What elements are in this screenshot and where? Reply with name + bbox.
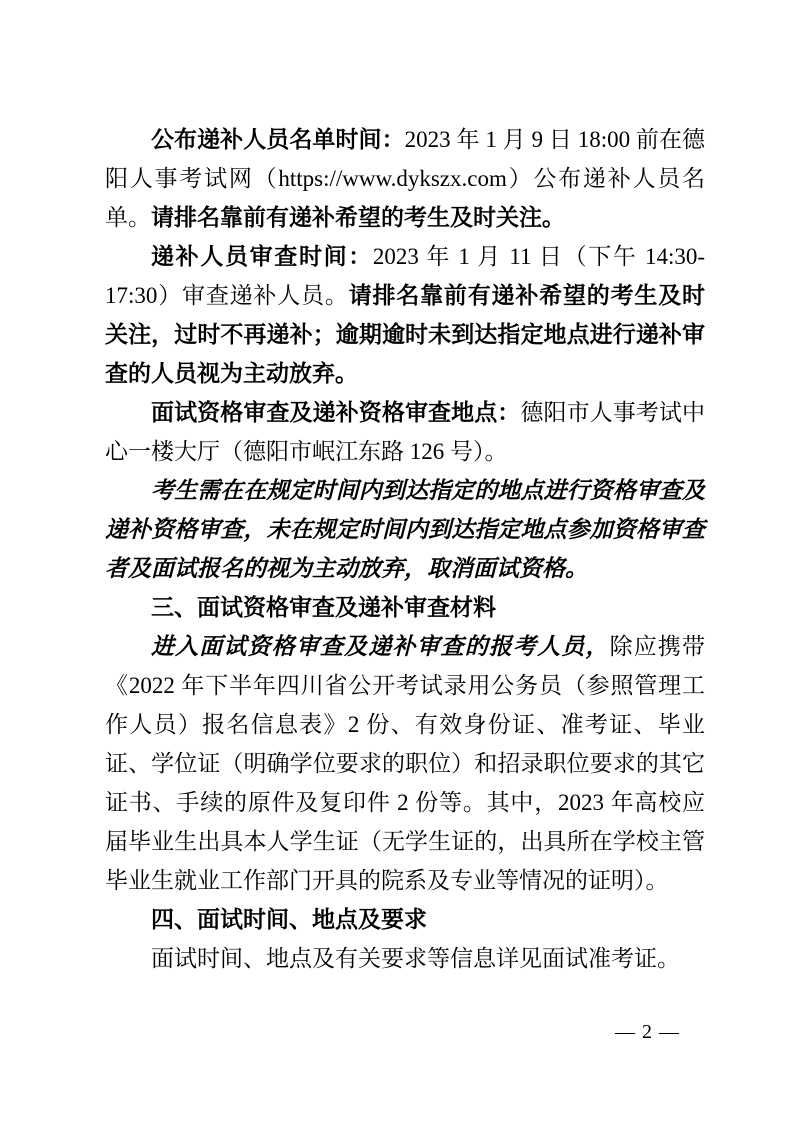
section-heading-text: 三、面试资格审查及递补审查材料 bbox=[151, 594, 496, 620]
paragraph-lead-label: 公布递补人员名单时间： bbox=[151, 126, 405, 152]
paragraph-lead-label: 递补人员审查时间： bbox=[151, 243, 373, 269]
section-heading-text: 四、面试时间、地点及要求 bbox=[151, 906, 427, 932]
paragraph-materials-required: 进入面试资格审查及递补审查的报考人员，除应携带《2022 年下半年四川省公开考试… bbox=[105, 627, 705, 900]
paragraph-interview-info: 面试时间、地点及有关要求等信息详见面试准考证。 bbox=[105, 939, 705, 978]
section-heading-3: 三、面试资格审查及递补审查材料 bbox=[105, 588, 705, 627]
section-heading-4: 四、面试时间、地点及要求 bbox=[105, 900, 705, 939]
document-body: 公布递补人员名单时间：2023 年 1 月 9 日 18:00 前在德阳人事考试… bbox=[105, 120, 705, 978]
paragraph-emphasis: 进入面试资格审查及递补审查的报考人员， bbox=[151, 634, 610, 659]
paragraph-text: 除应携带《2022 年下半年四川省公开考试录用公务员（参照管理工作人员）报名信息… bbox=[105, 634, 705, 893]
paragraph-attendance-warning: 考生需在在规定时间内到达指定的地点进行资格审查及递补资格审查，未在规定时间内到达… bbox=[105, 471, 705, 588]
document-page: 公布递补人员名单时间：2023 年 1 月 9 日 18:00 前在德阳人事考试… bbox=[0, 0, 793, 1122]
paragraph-text: 面试时间、地点及有关要求等信息详见面试准考证。 bbox=[151, 946, 680, 971]
paragraph-emphasis: 请排名靠前有递补希望的考生及时关注。 bbox=[151, 205, 565, 230]
paragraph-review-location: 面试资格审查及递补资格审查地点：德阳市人事考试中心一楼大厅（德阳市岷江东路 12… bbox=[105, 393, 705, 471]
paragraph-lead-label: 面试资格审查及递补资格审查地点： bbox=[151, 399, 520, 425]
paragraph-emphasis: 考生需在在规定时间内到达指定的地点进行资格审查及递补资格审查，未在规定时间内到达… bbox=[105, 478, 705, 581]
page-number: — 2 — bbox=[615, 1018, 680, 1046]
paragraph-supplement-review-time: 递补人员审查时间：2023 年 1 月 11 日（下午 14:30-17:30）… bbox=[105, 237, 705, 393]
paragraph-supplement-list-announcement: 公布递补人员名单时间：2023 年 1 月 9 日 18:00 前在德阳人事考试… bbox=[105, 120, 705, 237]
